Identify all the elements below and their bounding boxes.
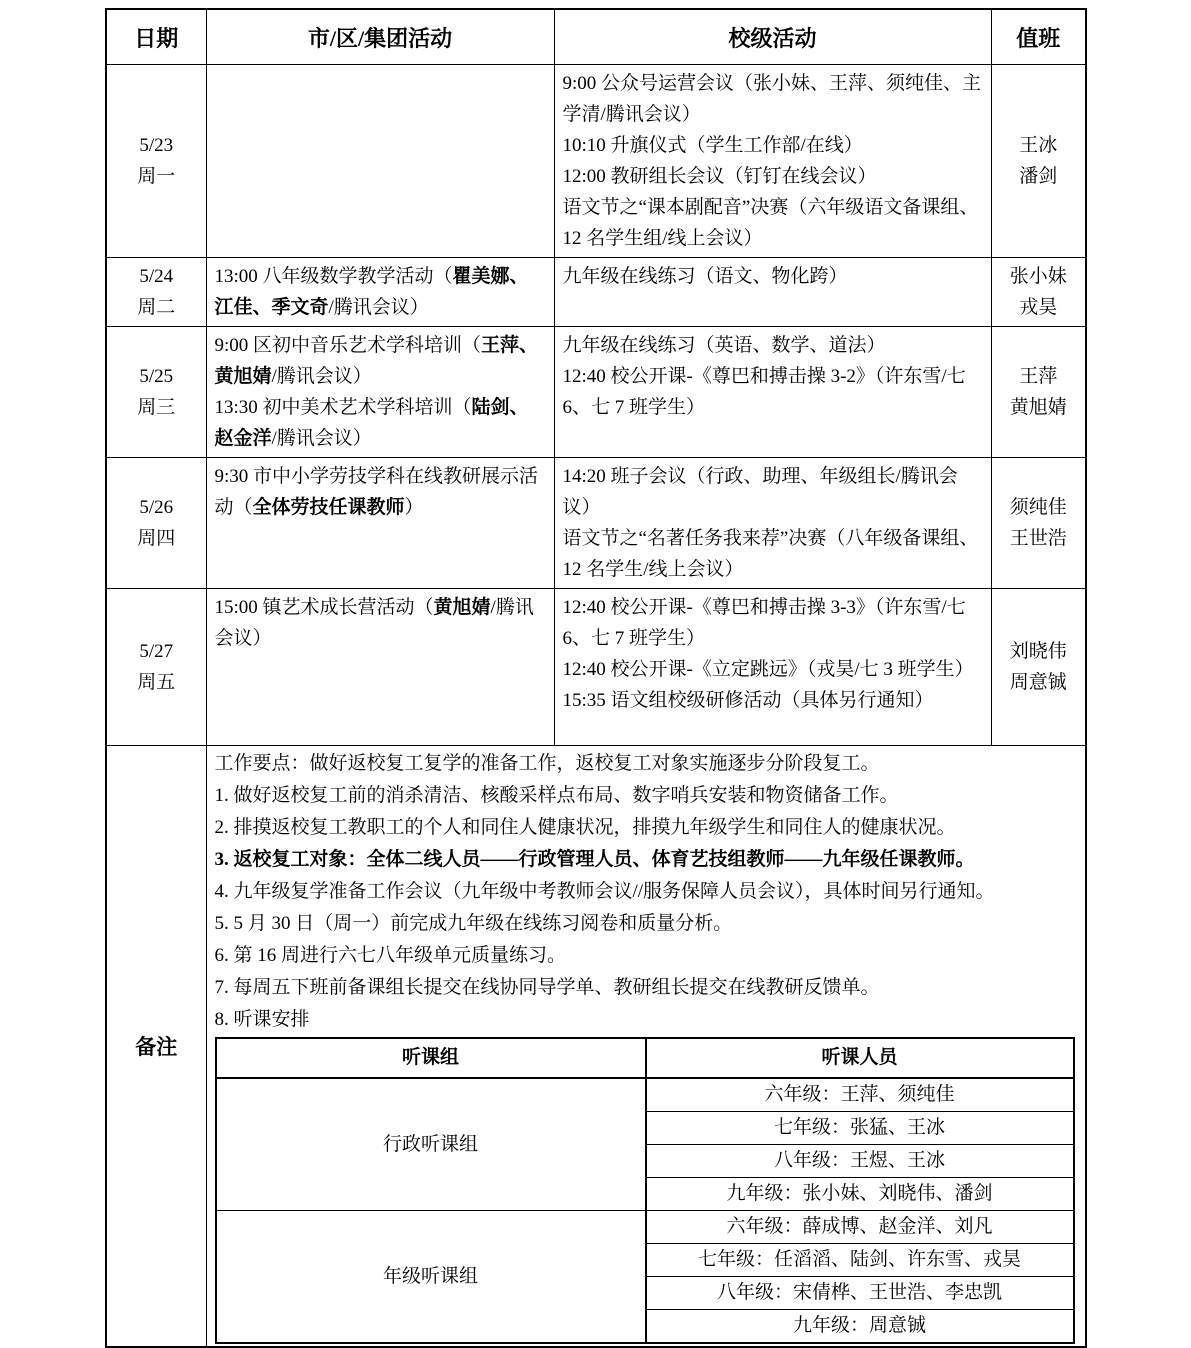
text-line: 12:40 校公开课-《立定跳远》（戎昊/七 3 班学生） <box>563 654 983 685</box>
text-line: 13:00 八年级数学教学活动（瞿美娜、江佳、季文奇/腾讯会议） <box>215 261 546 323</box>
text-line: 九年级在线练习（语文、物化跨） <box>563 261 983 292</box>
text-line: 7. 每周五下班前备课组长提交在线协同导学单、教研组长提交在线教研反馈单。 <box>215 972 1078 1004</box>
text-line: 12:40 校公开课-《尊巴和搏击操 3-2》（许东雪/七 6、七 7 班学生） <box>563 361 983 423</box>
schedule-header-row: 日期 市/区/集团活动 校级活动 值班 <box>106 9 1086 65</box>
duty-name: 王冰 <box>993 130 1085 161</box>
date-line: 周四 <box>108 523 205 554</box>
text-run: 13:30 初中美术艺术学科培训（ <box>215 397 472 418</box>
district-activities-cell: 9:30 市中小学劳技学科在线教研展示活动（全体劳技任课教师） <box>206 458 554 589</box>
observation-members: 八年级：宋倩桦、王世浩、李忠凯 <box>646 1277 1074 1310</box>
text-run: 2. 排摸返校复工教职工的个人和同住人健康状况，排摸九年级学生和同住人的健康状况… <box>215 817 956 838</box>
date-line: 5/26 <box>108 492 205 523</box>
header-district-activities: 市/区/集团活动 <box>206 9 554 65</box>
observation-members: 九年级：周意铖 <box>646 1310 1074 1344</box>
text-line: 9:00 区初中音乐艺术学科培训（王萍、黄旭婧/腾讯会议） <box>215 330 546 392</box>
duty-name: 周意铖 <box>993 667 1085 698</box>
school-activities-cell: 9:00 公众号运营会议（张小妹、王萍、须纯佳、主学清/腾讯会议）10:10 升… <box>554 65 991 258</box>
text-line: 15:00 镇艺术成长营活动（黄旭婧/腾讯会议） <box>215 592 546 654</box>
text-line: 3. 返校复工对象：全体二线人员——行政管理人员、体育艺技组教师——九年级任课教… <box>215 844 1078 876</box>
text-run: /腾讯会议） <box>272 366 372 387</box>
notes-label: 备注 <box>106 746 206 1348</box>
duty-cell: 王萍黄旭婧 <box>991 327 1086 458</box>
duty-cell: 须纯佳王世浩 <box>991 458 1086 589</box>
text-run: 语文节之“课本剧配音”决赛（六年级语文备课组、12 名学生组/线上会议） <box>563 197 979 249</box>
schedule-row: 5/23周一9:00 公众号运营会议（张小妹、王萍、须纯佳、主学清/腾讯会议）1… <box>106 65 1086 258</box>
text-run: 12:40 校公开课-《立定跳远》（戎昊/七 3 班学生） <box>563 659 974 680</box>
duty-name: 潘剑 <box>993 161 1085 192</box>
text-run: 14:20 班子会议（行政、助理、年级组长/腾讯会议） <box>563 466 958 518</box>
observation-row: 行政听课组六年级：王萍、须纯佳 <box>216 1078 1074 1112</box>
observation-group-name: 行政听课组 <box>216 1078 646 1211</box>
schedule-row: 5/25周三9:00 区初中音乐艺术学科培训（王萍、黄旭婧/腾讯会议）13:30… <box>106 327 1086 458</box>
observation-row: 年级听课组六年级：薛成博、赵金洋、刘凡 <box>216 1211 1074 1244</box>
observation-members: 六年级：薛成博、赵金洋、刘凡 <box>646 1211 1074 1244</box>
text-run: 3. 返校复工对象：全体二线人员——行政管理人员、体育艺技组教师——九年级任课教… <box>215 849 975 870</box>
duty-name: 须纯佳 <box>993 492 1085 523</box>
header-date: 日期 <box>106 9 206 65</box>
duty-name: 张小妹 <box>993 261 1085 292</box>
text-line: 12:40 校公开课-《尊巴和搏击操 3-3》（许东雪/七 6、七 7 班学生） <box>563 592 983 654</box>
observation-members: 七年级：张猛、王冰 <box>646 1112 1074 1145</box>
text-line: 10:10 升旗仪式（学生工作部/在线） <box>563 130 983 161</box>
school-activities-cell: 12:40 校公开课-《尊巴和搏击操 3-3》（许东雪/七 6、七 7 班学生）… <box>554 589 991 746</box>
date-cell: 5/27周五 <box>106 589 206 746</box>
text-run: 5. 5 月 30 日（周一）前完成九年级在线练习阅卷和质量分析。 <box>215 913 733 934</box>
text-run: 15:35 语文组校级研修活动（具体另行通知） <box>563 690 934 711</box>
date-cell: 5/25周三 <box>106 327 206 458</box>
text-line: 5. 5 月 30 日（周一）前完成九年级在线练习阅卷和质量分析。 <box>215 908 1078 940</box>
text-run: 12:40 校公开课-《尊巴和搏击操 3-3》（许东雪/七 6、七 7 班学生） <box>563 597 966 649</box>
observation-table: 听课组 听课人员 行政听课组六年级：王萍、须纯佳七年级：张猛、王冰八年级：王煜、… <box>215 1037 1075 1344</box>
text-line: 12:00 教研组长会议（钉钉在线会议） <box>563 161 983 192</box>
observation-body: 行政听课组六年级：王萍、须纯佳七年级：张猛、王冰八年级：王煜、王冰九年级：张小妹… <box>216 1078 1074 1343</box>
text-line: 9:30 市中小学劳技学科在线教研展示活动（全体劳技任课教师） <box>215 461 546 523</box>
date-line: 5/25 <box>108 361 205 392</box>
header-observation-members: 听课人员 <box>646 1038 1074 1078</box>
text-run: 九年级在线练习（英语、数学、道法） <box>563 335 886 356</box>
schedule-row: 5/26周四9:30 市中小学劳技学科在线教研展示活动（全体劳技任课教师）14:… <box>106 458 1086 589</box>
duty-name: 刘晓伟 <box>993 636 1085 667</box>
header-school-activities: 校级活动 <box>554 9 991 65</box>
duty-name: 王萍 <box>993 361 1085 392</box>
text-run: 7. 每周五下班前备课组长提交在线协同导学单、教研组长提交在线教研反馈单。 <box>215 977 880 998</box>
observation-header-row: 听课组 听课人员 <box>216 1038 1074 1078</box>
district-activities-cell <box>206 65 554 258</box>
text-run: 10:10 升旗仪式（学生工作部/在线） <box>563 135 863 156</box>
duty-cell: 张小妹戎昊 <box>991 258 1086 327</box>
text-run: 4. 九年级复学准备工作会议（九年级中考教师会议//服务保障人员会议），具体时间… <box>215 881 995 902</box>
text-line: 9:00 公众号运营会议（张小妹、王萍、须纯佳、主学清/腾讯会议） <box>563 68 983 130</box>
text-run: 13:00 八年级数学教学活动（ <box>215 266 453 287</box>
duty-cell: 刘晓伟周意铖 <box>991 589 1086 746</box>
text-run: 全体劳技任课教师 <box>253 497 405 518</box>
text-line: 语文节之“课本剧配音”决赛（六年级语文备课组、12 名学生组/线上会议） <box>563 192 983 254</box>
date-line: 5/24 <box>108 261 205 292</box>
text-run: 15:00 镇艺术成长营活动（ <box>215 597 434 618</box>
notes-cell: 工作要点：做好返校复工复学的准备工作，返校复工对象实施逐步分阶段复工。1. 做好… <box>206 746 1086 1348</box>
schedule-body: 5/23周一9:00 公众号运营会议（张小妹、王萍、须纯佳、主学清/腾讯会议）1… <box>106 65 1086 746</box>
header-observation-group: 听课组 <box>216 1038 646 1078</box>
district-activities-cell: 9:00 区初中音乐艺术学科培训（王萍、黄旭婧/腾讯会议）13:30 初中美术艺… <box>206 327 554 458</box>
text-line: 8. 听课安排 <box>215 1004 1078 1036</box>
observation-members: 八年级：王煜、王冰 <box>646 1145 1074 1178</box>
date-line: 周五 <box>108 667 205 698</box>
text-run: 九年级在线练习（语文、物化跨） <box>563 266 848 287</box>
text-run: 黄旭婧 <box>434 597 491 618</box>
text-line: 1. 做好返校复工前的消杀清洁、核酸采样点布局、数字哨兵安装和物资储备工作。 <box>215 780 1078 812</box>
school-activities-cell: 14:20 班子会议（行政、助理、年级组长/腾讯会议）语文节之“名著任务我来荐”… <box>554 458 991 589</box>
observation-group-name: 年级听课组 <box>216 1211 646 1344</box>
schedule-row: 5/24周二13:00 八年级数学教学活动（瞿美娜、江佳、季文奇/腾讯会议）九年… <box>106 258 1086 327</box>
text-line: 14:20 班子会议（行政、助理、年级组长/腾讯会议） <box>563 461 983 523</box>
date-cell: 5/23周一 <box>106 65 206 258</box>
observation-members: 九年级：张小妹、刘晓伟、潘剑 <box>646 1178 1074 1211</box>
text-run: 12:00 教研组长会议（钉钉在线会议） <box>563 166 877 187</box>
district-activities-cell: 15:00 镇艺术成长营活动（黄旭婧/腾讯会议） <box>206 589 554 746</box>
duty-name: 戎昊 <box>993 292 1085 323</box>
text-line: 13:30 初中美术艺术学科培训（陆剑、赵金洋/腾讯会议） <box>215 392 546 454</box>
text-line: 6. 第 16 周进行六七八年级单元质量练习。 <box>215 940 1078 972</box>
date-cell: 5/24周二 <box>106 258 206 327</box>
duty-cell: 王冰潘剑 <box>991 65 1086 258</box>
school-activities-cell: 九年级在线练习（语文、物化跨） <box>554 258 991 327</box>
text-run: 6. 第 16 周进行六七八年级单元质量练习。 <box>215 945 567 966</box>
date-line: 周一 <box>108 161 205 192</box>
text-run: 1. 做好返校复工前的消杀清洁、核酸采样点布局、数字哨兵安装和物资储备工作。 <box>215 785 899 806</box>
date-cell: 5/26周四 <box>106 458 206 589</box>
observation-members: 七年级：任滔滔、陆剑、许东雪、戎昊 <box>646 1244 1074 1277</box>
text-run: 9:00 区初中音乐艺术学科培训（ <box>215 335 482 356</box>
header-duty: 值班 <box>991 9 1086 65</box>
text-run: /腾讯会议） <box>329 297 429 318</box>
duty-name: 黄旭婧 <box>993 392 1085 423</box>
text-line: 九年级在线练习（英语、数学、道法） <box>563 330 983 361</box>
text-run: 12:40 校公开课-《尊巴和搏击操 3-2》（许东雪/七 6、七 7 班学生） <box>563 366 966 418</box>
text-run: 9:00 公众号运营会议（张小妹、王萍、须纯佳、主学清/腾讯会议） <box>563 73 982 125</box>
district-activities-cell: 13:00 八年级数学教学活动（瞿美娜、江佳、季文奇/腾讯会议） <box>206 258 554 327</box>
notes-section: 备注 工作要点：做好返校复工复学的准备工作，返校复工对象实施逐步分阶段复工。1.… <box>106 746 1086 1348</box>
text-line: 语文节之“名著任务我来荐”决赛（八年级备课组、12 名学生/线上会议） <box>563 523 983 585</box>
schedule-row: 5/27周五15:00 镇艺术成长营活动（黄旭婧/腾讯会议）12:40 校公开课… <box>106 589 1086 746</box>
text-run: 语文节之“名著任务我来荐”决赛（八年级备课组、12 名学生/线上会议） <box>563 528 979 580</box>
weekly-schedule-table: 日期 市/区/集团活动 校级活动 值班 5/23周一9:00 公众号运营会议（张… <box>105 8 1087 1348</box>
text-run: /腾讯会议） <box>272 428 372 449</box>
date-line: 5/23 <box>108 130 205 161</box>
notes-lines: 工作要点：做好返校复工复学的准备工作，返校复工对象实施逐步分阶段复工。1. 做好… <box>215 748 1078 1036</box>
text-line: 4. 九年级复学准备工作会议（九年级中考教师会议//服务保障人员会议），具体时间… <box>215 876 1078 908</box>
text-run: ） <box>405 497 424 518</box>
date-line: 周二 <box>108 292 205 323</box>
duty-name: 王世浩 <box>993 523 1085 554</box>
observation-members: 六年级：王萍、须纯佳 <box>646 1078 1074 1112</box>
text-run: 8. 听课安排 <box>215 1009 310 1030</box>
date-line: 5/27 <box>108 636 205 667</box>
text-run: 工作要点：做好返校复工复学的准备工作，返校复工对象实施逐步分阶段复工。 <box>215 753 880 774</box>
notes-row: 备注 工作要点：做好返校复工复学的准备工作，返校复工对象实施逐步分阶段复工。1.… <box>106 746 1086 1348</box>
text-line: 2. 排摸返校复工教职工的个人和同住人健康状况，排摸九年级学生和同住人的健康状况… <box>215 812 1078 844</box>
date-line: 周三 <box>108 392 205 423</box>
text-line: 工作要点：做好返校复工复学的准备工作，返校复工对象实施逐步分阶段复工。 <box>215 748 1078 780</box>
text-line: 15:35 语文组校级研修活动（具体另行通知） <box>563 685 983 716</box>
school-activities-cell: 九年级在线练习（英语、数学、道法）12:40 校公开课-《尊巴和搏击操 3-2》… <box>554 327 991 458</box>
